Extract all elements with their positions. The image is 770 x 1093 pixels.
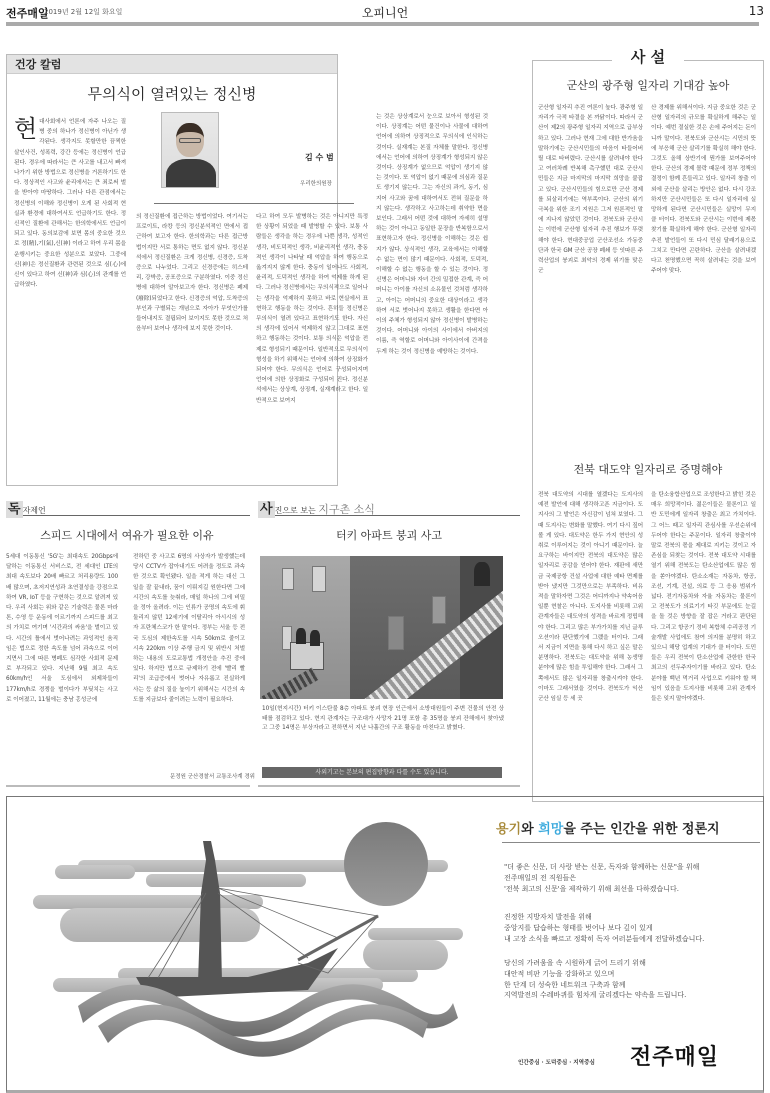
health-text-col1: 대사회에서 언론에 자주 나오는 질병 중의 하나가 정신병이 아닌가 생각된다… bbox=[14, 119, 126, 288]
editorial-title-1: 군산의 광주형 일자리 기대감 높아 bbox=[532, 77, 764, 93]
photo-body-shape bbox=[166, 159, 216, 188]
wave-shapes bbox=[78, 984, 458, 1057]
ad-logo: 전주매일 bbox=[630, 1040, 719, 1071]
editorial-2-text-2: 을 탄소융합산업으로 조성한다고 밝힌 것은 매우 희망적이다. 젊은이들은 물… bbox=[651, 490, 756, 788]
editorial-2-text-1: 전북 대도약의 시대를 열겠다는 도지사의 예전 발언에 대해 생각하고픈 지금… bbox=[538, 490, 643, 788]
ad-line: 중앙지를 답습하는 형태를 벗어나 보다 깊이 있게 bbox=[504, 923, 704, 934]
health-column-label: 건강 칼럼 bbox=[7, 55, 337, 74]
photo-news-header: 사진으로 보는 지구촌 소식 bbox=[258, 498, 520, 516]
ad-line: 진정한 지방자치 발전을 위해 bbox=[504, 912, 704, 923]
photo-firefighter bbox=[296, 628, 306, 644]
editorial-title-2: 전북 대도약 일자리로 증명해야 bbox=[532, 461, 764, 477]
photo-caption: 10일(현지시간) 터키 이스탄불 8층 아파트 붕괴 현장 인근에서 소방대원… bbox=[262, 705, 504, 734]
photo-label-first: 사 bbox=[258, 501, 275, 518]
photo-window bbox=[282, 568, 294, 590]
photo-window bbox=[388, 616, 404, 650]
ad-paragraph-3: 당신의 가려움을 속 시원하게 긁어 드리기 위해 대안적 비판 기능을 강화하… bbox=[504, 958, 686, 1001]
reader-column-title: 스피드 시대에서 여유가 필요한 이유 bbox=[6, 527, 248, 543]
author-name: 김 수 범 bbox=[305, 152, 334, 163]
photo-label-accent: 지구촌 소식 bbox=[318, 503, 375, 516]
dropcap: 현 bbox=[14, 118, 37, 140]
news-photo bbox=[260, 556, 503, 699]
ad-paragraph-2: 진정한 지방자치 발전을 위해 중앙지를 답습하는 형태를 벗어나 보다 깊이 … bbox=[504, 912, 704, 944]
health-column-text-2: 의 정신질환에 접근하는 방법이었다. 여기서는 프로이트, 라캉 등의 정신분… bbox=[136, 212, 248, 482]
health-column-text-3: 다고 하여 모두 발병하는 것은 아니지만 특정한 상황이 되었을 때 발병할 … bbox=[256, 212, 368, 482]
ad-line: 전주매일의 전 직원들은 bbox=[504, 873, 699, 884]
photo-firefighter bbox=[474, 562, 490, 586]
photo-divider bbox=[154, 203, 354, 204]
photo-news-divider bbox=[258, 785, 520, 787]
sun-shape bbox=[344, 822, 428, 906]
slogan-rest: 을 주는 인간을 위한 정론지 bbox=[563, 822, 719, 837]
health-column-text-1: 현 대사회에서 언론에 자주 나오는 질병 중의 하나가 정신병이 아닌가 생각… bbox=[14, 117, 126, 290]
reader-column-text-2: 전하던 중 사고로 6명의 사상자가 발생했는데 당시 CCTV가 잡아내기도 … bbox=[133, 552, 245, 772]
photo-window bbox=[312, 566, 326, 592]
reader-column-credit: 문정원 군산경찰서 교통조사계 경위 bbox=[140, 772, 255, 780]
photo-window bbox=[432, 596, 446, 624]
contribution-notice: 사외기고는 본보의 편집방향과 다를 수도 있습니다. bbox=[262, 767, 502, 778]
reader-column-text-1: 5세대 이동통신 '5G'는 최대속도 20Gbps에 달하는 이동통신 서비스… bbox=[6, 552, 118, 772]
ad-line: 내 고장 소식을 빠르고 정확히 독자 여러분들에게 전달하겠습니다. bbox=[504, 934, 704, 945]
photo-rescue-bucket bbox=[290, 642, 324, 670]
reader-label-rest: 자제언 bbox=[23, 506, 46, 515]
reader-label-first: 독 bbox=[6, 501, 23, 518]
editorial-1-text-1: 군산형 일자리 추진 여론이 높다. 광주형 일자리가 극적 타결을 본 까닭이… bbox=[538, 103, 643, 341]
health-column-title: 무의식이 열려있는 정신병 bbox=[7, 83, 337, 104]
slogan-courage: 용기 bbox=[496, 822, 521, 837]
ad-line: "더 좋은 신문, 더 사랑 받는 신문, 독자와 함께하는 신문"을 위해 bbox=[504, 862, 699, 873]
author-photo bbox=[161, 112, 219, 188]
photo-firefighter bbox=[310, 630, 320, 646]
photo-label-small: 진으로 보는 bbox=[275, 506, 319, 515]
editorial-1-text-2: 산 경제를 위해서이다. 지금 중요한 것은 군산형 일자리의 규모를 확실하게… bbox=[651, 103, 756, 341]
author-role: 우리한의원장 bbox=[300, 179, 332, 187]
section-title: 오피니언 bbox=[6, 4, 764, 21]
photo-glasses-shape bbox=[179, 138, 201, 143]
ad-divider bbox=[502, 842, 760, 843]
ad-paragraph-1: "더 좋은 신문, 더 사랑 받는 신문, 독자와 함께하는 신문"을 위해 전… bbox=[504, 862, 699, 894]
ad-line: 한 단계 더 성숙한 네트워크 구축과 함께 bbox=[504, 980, 686, 991]
ad-slogan: 용기와 희망을 주는 인간을 위한 정론지 bbox=[496, 818, 720, 837]
reader-column-divider bbox=[6, 785, 250, 787]
ad-line: 지역발전의 수레바퀴를 힘차게 굴리겠다는 약속을 드립니다. bbox=[504, 990, 686, 1001]
slogan-and: 와 bbox=[521, 822, 538, 837]
ad-line: 당신의 가려움을 속 시원하게 긁어 드리기 위해 bbox=[504, 958, 686, 969]
editorial-label: 사 설 bbox=[612, 46, 684, 67]
masthead: 전주매일 2019년 2월 12일 화요일 오피니언 13 bbox=[6, 2, 764, 24]
photo-news-title: 터키 아파트 붕괴 사고 bbox=[258, 527, 520, 543]
ad-tagline: 인간중심 · 도덕중심 · 지역중심 bbox=[518, 1058, 595, 1066]
masthead-divider bbox=[6, 22, 759, 26]
slogan-hope: 희망 bbox=[538, 822, 563, 837]
ad-line: 대안적 비판 기능을 강화하고 있으며 bbox=[504, 969, 686, 980]
health-column-text-4: 는 것은 상상계로서 눈으로 보아서 형성된 것이다. 상징계는 어떤 물건이나… bbox=[376, 112, 488, 447]
page-number: 13 bbox=[749, 4, 764, 18]
sailboat-illustration bbox=[8, 798, 468, 1090]
reader-column-header: 독자제언 bbox=[6, 498, 250, 516]
ad-line: '전북 최고의 신문'을 제작하기 위해 최선을 다하겠습니다. bbox=[504, 884, 699, 895]
